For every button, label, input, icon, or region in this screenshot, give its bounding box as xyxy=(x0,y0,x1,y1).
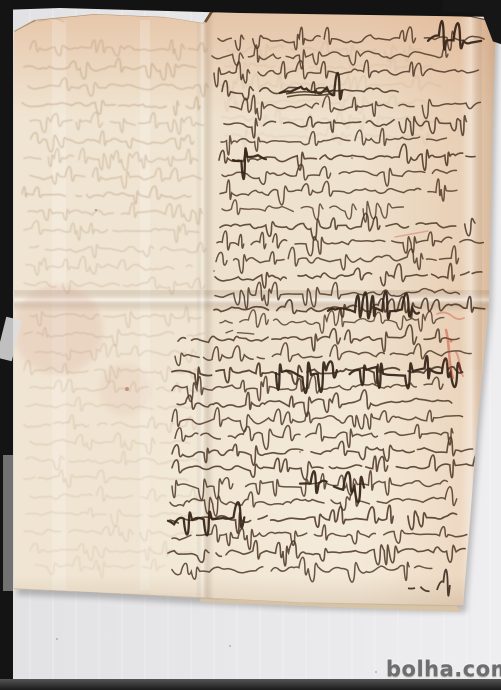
scanner-speck xyxy=(375,671,377,673)
paper-speck xyxy=(95,209,97,211)
letter-paper xyxy=(0,0,501,690)
paper-speck xyxy=(351,157,353,159)
paper-speck xyxy=(299,451,301,453)
scanner-left-lower-patch xyxy=(3,455,13,591)
paper-speck xyxy=(213,270,215,272)
scanner-speck xyxy=(56,638,58,640)
paper-surface xyxy=(8,6,500,610)
watermark: bolha.com xyxy=(386,657,501,683)
scanner-speck xyxy=(229,645,231,647)
